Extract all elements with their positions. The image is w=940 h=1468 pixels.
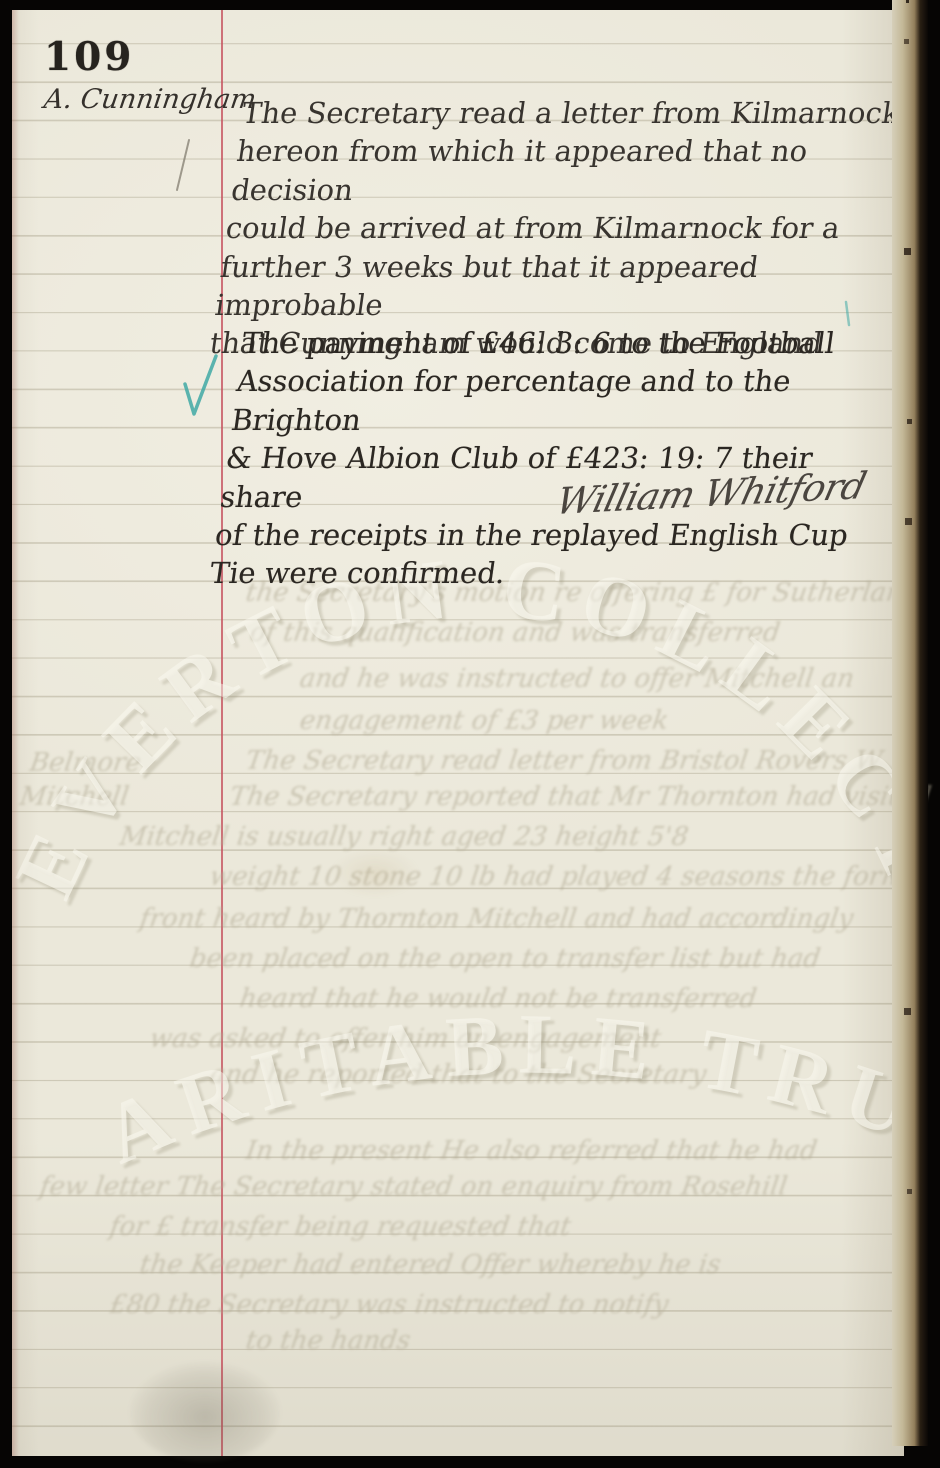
bleedthrough-line: been placed on the open to transfer list…	[188, 944, 822, 974]
bleedthrough-line: was asked to offer him an engagement	[148, 1024, 663, 1054]
bleedthrough-line: few letter The Secretary stated on enqui…	[38, 1172, 789, 1202]
bleedthrough-line: weight 10 stone 10 lb had played 4 seaso…	[208, 862, 922, 892]
minute-book-page: the Secretary's motion re offering £ for…	[12, 10, 904, 1456]
bleedthrough-line: The Secretary read letter from Bristol R…	[244, 746, 884, 776]
scanned-minute-book-photo: the Secretary's motion re offering £ for…	[0, 0, 940, 1468]
minute-paragraph-payments: The payment of £46: 3: 6 to the Football…	[207, 324, 904, 593]
bleedthrough-line: Belmore	[28, 748, 143, 778]
paper-stain-bottom	[130, 1362, 280, 1462]
text-line: of the receipts in the replayed English …	[213, 516, 877, 554]
bleedthrough-line: The Secretary reported that Mr Thornton …	[228, 782, 933, 812]
page-left-edge	[12, 10, 19, 1456]
bleedthrough-line: the Keeper had entered Offer whereby he …	[138, 1250, 723, 1280]
minute-paragraph-kilmarnock: The Secretary read a letter from Kilmarn…	[207, 94, 904, 363]
bleedthrough-line: and he reported that to the Secretary	[208, 1060, 708, 1090]
text-line: Tie were confirmed.	[207, 554, 871, 592]
text-line: The payment of £46: 3: 6 to the Football	[240, 324, 904, 362]
text-line: The Secretary read a letter from Kilmarn…	[240, 94, 904, 132]
bleedthrough-line: engagement of £3 per week	[298, 706, 670, 736]
bleedthrough-line: Mitchell is usually right aged 23 height…	[118, 822, 690, 852]
binding-specks	[906, 0, 909, 3]
text-line: Association for percentage and to the Br…	[229, 362, 899, 439]
bleedthrough-line: heard that he would not be transferred	[238, 984, 759, 1014]
bleedthrough-line: and he was instructed to offer Mitchell …	[298, 664, 856, 694]
paper-stain-small	[330, 848, 420, 898]
bleedthrough-line: front heard by Thornton Mitchell and had…	[138, 904, 855, 934]
text-line: hereon from which it appeared that no de…	[229, 132, 899, 209]
bleedthrough-line: £80 the Secretary was instructed to noti…	[108, 1290, 670, 1320]
bleedthrough-line: Mitchell	[18, 782, 131, 812]
margin-note-cunningham: A. Cunningham	[42, 84, 258, 115]
bleedthrough-line: In the present He also referred that he …	[244, 1136, 819, 1166]
bleedthrough-line: to the hands	[244, 1326, 412, 1356]
bleedthrough-line: of this qualification and was transferre…	[248, 618, 782, 648]
text-line: further 3 weeks but that it appeared imp…	[213, 248, 883, 325]
bleedthrough-line: for £ transfer being requested that	[108, 1212, 573, 1242]
text-line: could be arrived at from Kilmarnock for …	[223, 209, 887, 247]
page-number: 109	[44, 34, 134, 80]
book-binding-edge	[892, 0, 928, 1446]
